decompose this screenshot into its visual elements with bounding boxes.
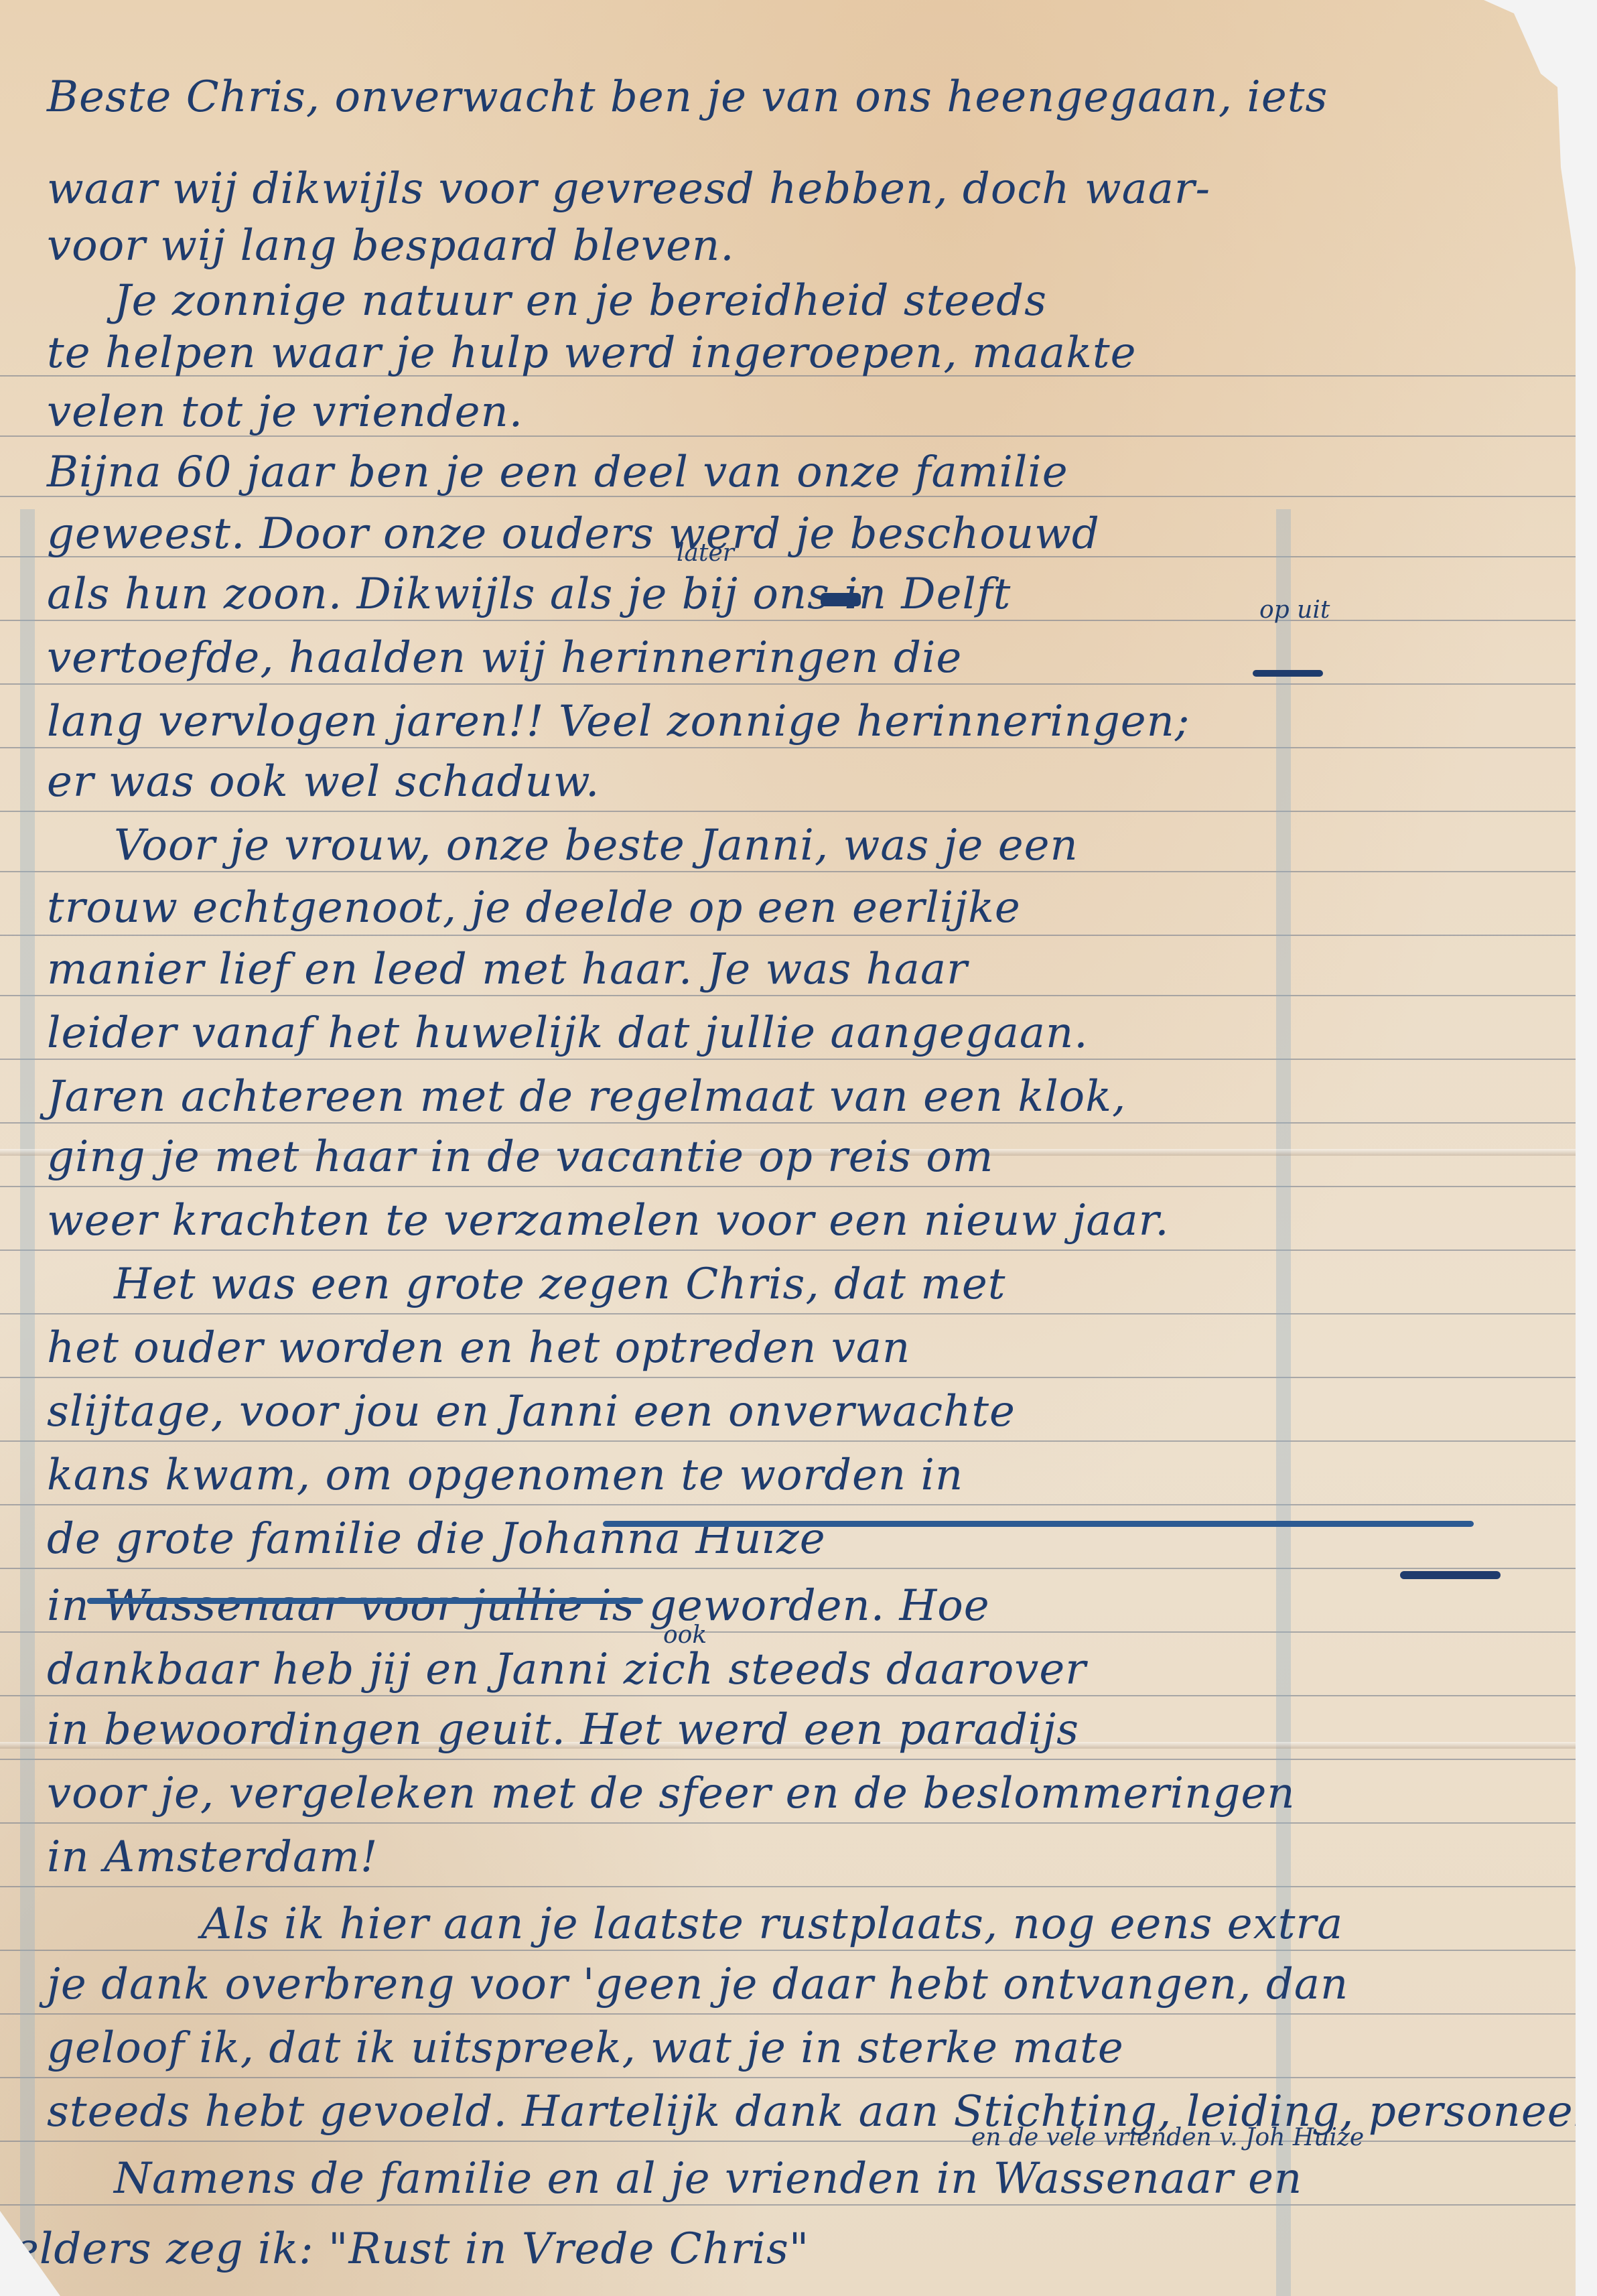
letter-line-19: weer krachten te verzamelen voor een nie… (47, 1196, 1170, 1245)
letter-line-14: trouw echtgenoot, je deelde op een eerli… (47, 883, 1021, 933)
ruled-line (0, 1568, 1576, 1569)
ruled-line (0, 1504, 1576, 1505)
letter-line-5: te helpen waar je hulp werd ingeroepen, … (47, 328, 1136, 378)
letter-line-20: Het was een grote zegen Chris, dat met (114, 1260, 1005, 1309)
letter-line-21: het ouder worden en het optreden van (47, 1323, 910, 1373)
ruled-line (0, 1250, 1576, 1251)
ruled-line (0, 1695, 1576, 1696)
ruled-line (0, 1377, 1576, 1378)
ruled-line (0, 1122, 1576, 1124)
ruled-line (0, 1440, 1576, 1442)
letter-line-30: Als ik hier aan je laatste rustplaats, n… (201, 1899, 1343, 1949)
letter-line-12: er was ook wel schaduw. (47, 757, 600, 807)
letter-line-25: in Wassenaar voor jullie is geworden. Ho… (47, 1581, 990, 1631)
letter-line-28: voor je, vergeleken met de sfeer en de b… (47, 1769, 1296, 1818)
letter-line-6: velen tot je vrienden. (47, 387, 523, 437)
ruled-line (0, 811, 1576, 812)
ruled-line (0, 995, 1576, 996)
letter-line-1: Beste Chris, onverwacht ben je van ons h… (47, 72, 1328, 122)
underline-grote-familie (87, 1598, 643, 1604)
letter-line-8: geweest. Door onze ouders werd je bescho… (47, 509, 1100, 559)
ruled-line (0, 1059, 1576, 1060)
left-margin-line (20, 509, 35, 2296)
letter-line-18: ging je met haar in de vacantie op reis … (47, 1132, 993, 1182)
underline-opgenomen (603, 1521, 1474, 1527)
letter-line-31: je dank overbreng voor 'geen je daar heb… (47, 1960, 1348, 2009)
letter-line-15: manier lief en leed met haar. Je was haa… (47, 945, 968, 994)
ruled-line (0, 1186, 1576, 1187)
letter-line-4: Je zonnige natuur en je bereidheid steed… (114, 276, 1047, 326)
ruled-line (0, 1822, 1576, 1824)
letter-line-27: in bewoordingen geuit. Het werd een para… (47, 1705, 1079, 1755)
insertion-later: later (677, 539, 734, 567)
letter-line-35: elders zeg ik: "Rust in Vrede Chris" (13, 2224, 809, 2274)
ruled-line (0, 1313, 1576, 1314)
insertion-ook: ook (663, 1621, 707, 1649)
letter-paper: Beste Chris, onverwacht ben je van ons h… (0, 0, 1576, 2296)
ruled-line (0, 1759, 1576, 1760)
letter-line-2: waar wij dikwijls voor gevreesd hebben, … (47, 164, 1210, 214)
letter-line-23: kans kwam, om opgenomen te worden in (47, 1450, 963, 1500)
ruled-line (0, 1631, 1576, 1633)
letter-line-34: Namens de familie en al je vrienden in W… (114, 2154, 1302, 2204)
ruled-line (0, 2013, 1576, 2015)
letter-line-16: leider vanaf het huwelijk dat jullie aan… (47, 1008, 1089, 1058)
ruled-line (0, 1950, 1576, 1951)
ruled-line (0, 2204, 1576, 2206)
letter-line-9: als hun zoon. Dikwijls als je bij ons in… (47, 569, 1011, 619)
letter-line-11: lang vervlogen jaren!! Veel zonnige heri… (47, 697, 1190, 746)
letter-line-22: slijtage, voor jou en Janni een onverwac… (47, 1387, 1016, 1436)
ruled-line (0, 1886, 1576, 1887)
letter-line-7: Bijna 60 jaar ben je een deel van onze f… (47, 448, 1068, 497)
letter-line-29: in Amsterdam! (47, 1832, 378, 1882)
letter-line-32: geloof ik, dat ik uitspreek, wat je in s… (47, 2023, 1124, 2073)
ruled-line (0, 683, 1576, 685)
ruled-line (0, 871, 1576, 872)
ruled-line (0, 935, 1576, 936)
strikeout-mark (821, 593, 861, 606)
strikeout-mark (1400, 1571, 1501, 1579)
right-margin-line (1276, 509, 1291, 2296)
letter-line-13: Voor je vrouw, onze beste Janni, was je … (114, 821, 1079, 870)
insertion-vele-vrienden: en de vele vrienden v. Joh Huize (971, 2124, 1364, 2151)
letter-line-3: voor wij lang bespaard bleven. (47, 221, 735, 271)
ruled-line (0, 747, 1576, 748)
letter-line-17: Jaren achtereen met de regelmaat van een… (47, 1072, 1126, 1122)
letter-line-26: dankbaar heb jij en Janni zich steeds da… (47, 1645, 1087, 1694)
letter-line-10: vertoefde, haalden wij herinneringen die (47, 633, 962, 683)
strikeout-mark (1253, 670, 1323, 677)
ruled-line (0, 2077, 1576, 2078)
ruled-line (0, 620, 1576, 621)
insertion-op-uit: op uit (1259, 596, 1330, 624)
